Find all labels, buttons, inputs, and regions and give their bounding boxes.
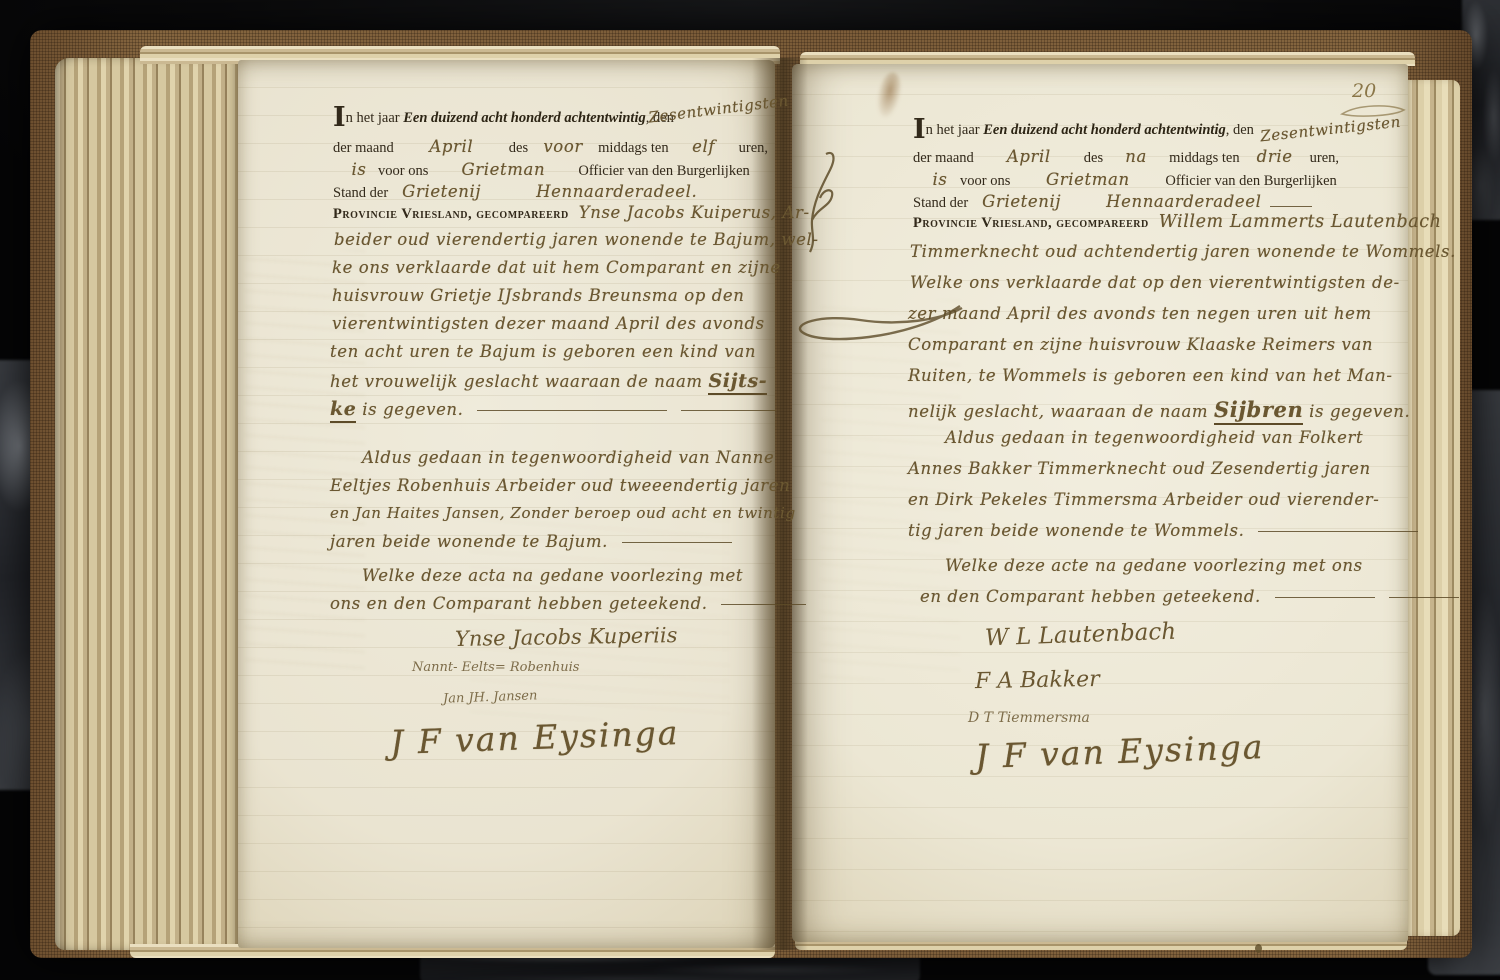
handwritten-hour: elf — [669, 137, 739, 156]
form-line-official: is voor ons Grietman Officier van den Bu… — [920, 170, 1337, 190]
body-line: Comparant en zijne huisvrouw Klaaske Rei… — [908, 335, 1373, 354]
ink-rule — [1258, 531, 1418, 532]
body-line: Welke ons verklaarde dat op den vierentw… — [910, 273, 1400, 292]
ink-rule — [622, 542, 732, 543]
printed-text: uren, — [739, 140, 768, 157]
body-text: tig jaren beide wonende te Wommels. — [908, 521, 1244, 540]
body-line: Eeltjes Robenhuis Arbeider oud tweeender… — [330, 476, 790, 495]
signature-witness-1: F A Bakker — [975, 667, 1100, 694]
handwritten-district-name: Hennaarderadeel — [1106, 192, 1261, 211]
form-line-comparant: Provincie Vriesland, gecompareerd Willem… — [913, 212, 1442, 232]
body-line: Annes Bakker Timmerknecht oud Zesenderti… — [908, 459, 1371, 478]
left-page-edge-stack — [55, 58, 240, 950]
printed-text: der maand — [913, 150, 974, 167]
body-text: het vrouwelijk geslacht waaraan de naam — [330, 372, 708, 391]
printed-year-phrase: Een duizend acht honderd achtentwintig — [403, 110, 646, 127]
ink-speck — [1255, 944, 1262, 953]
ink-rule — [681, 410, 776, 411]
printed-text: Stand der — [913, 195, 968, 212]
printed-text: n het jaar — [346, 110, 400, 126]
handwritten-month: April — [394, 137, 509, 156]
comparant-flourish-icon — [790, 298, 965, 348]
body-line: Ruiten, te Wommels is geboren een kind v… — [908, 366, 1393, 385]
printed-text: des — [1084, 150, 1103, 167]
form-line-opening: In het jaar Een duizend acht honderd ach… — [913, 120, 1401, 139]
page-number: 20 — [1352, 80, 1376, 102]
handwritten-district-type: Grietenij — [402, 182, 481, 201]
printed-text: Officier van den Burgerlijken — [1165, 173, 1336, 190]
page-number-swash-icon — [1338, 102, 1408, 120]
signature-witness-1: Nannt- Eelts= Robenhuis — [412, 660, 579, 675]
printed-text: , den — [1226, 122, 1254, 139]
body-line: ten acht uren te Bajum is geboren een ki… — [330, 342, 756, 361]
handwritten-comparant-name: Ynse Jacobs Kuiperus, Ar- — [579, 203, 810, 222]
margin-paraph-icon — [796, 148, 842, 256]
body-line: zer maand April des avonds ten negen ure… — [908, 304, 1372, 323]
signature-comparant: Ynse Jacobs Kuperiis — [455, 623, 678, 651]
page-number-value: 20 — [1352, 80, 1376, 102]
ink-rule — [1270, 206, 1312, 207]
printed-text: n het jaar — [926, 122, 980, 138]
ink-rule — [477, 410, 667, 411]
body-line: en Dirk Pekeles Timmersma Arbeider oud v… — [908, 490, 1379, 509]
body-line: tig jaren beide wonende te Wommels. — [908, 521, 1418, 540]
body-line-child-name: het vrouwelijk geslacht waaraan de naam … — [330, 370, 767, 392]
body-line-child-name-cont: ke is gegeven. — [330, 398, 776, 420]
printed-text: der maand — [333, 140, 394, 157]
printed-text: middags ten — [598, 140, 668, 157]
form-line-date: der maand April des voor middags ten elf… — [333, 137, 768, 157]
handwritten-official-title: Grietman — [1010, 170, 1165, 189]
body-text: ons en den Comparant hebben geteekend. — [330, 594, 708, 613]
right-page-edge-stack — [1406, 80, 1460, 936]
body-line: Timmerknecht oud achtendertig jaren wone… — [910, 242, 1456, 261]
form-line-district: Stand der Grietenij Hennaarderadeel. — [333, 182, 697, 202]
handwritten-official-title: Grietman — [428, 160, 578, 179]
body-line: Welke deze acta na gedane voorlezing met — [362, 566, 743, 585]
body-line: huisvrouw Grietje IJsbrands Breunsma op … — [332, 286, 745, 305]
child-name-underlined: Sijts- — [708, 370, 767, 395]
printed-text: Stand der — [333, 185, 388, 202]
form-line-date: der maand April des na middags ten drie … — [913, 147, 1339, 167]
printed-text: des — [509, 140, 528, 157]
printed-province: Provincie Vriesland, gecompareerd — [913, 215, 1149, 232]
handwritten-district-name: Hennaarderadeel. — [536, 182, 697, 201]
form-line-official: is voor ons Grietman Officier van den Bu… — [340, 160, 750, 180]
printed-year-phrase: Een duizend acht honderd achtentwintig — [983, 122, 1226, 139]
body-line: beider oud vierendertig jaren wonende te… — [334, 230, 819, 249]
body-text: en den Comparant hebben geteekend. — [920, 587, 1261, 606]
body-line: jaren beide wonende te Bajum. — [330, 532, 732, 551]
body-line: ke ons verklaarde dat uit hem Comparant … — [332, 258, 781, 277]
handwritten-hour: drie — [1240, 147, 1310, 166]
body-text: is gegeven. — [356, 400, 463, 419]
drop-cap: I — [333, 102, 346, 133]
body-line: ons en den Comparant hebben geteekend. — [330, 594, 806, 613]
ink-rule — [1275, 597, 1375, 598]
form-line-comparant: Provincie Vriesland, gecompareerd Ynse J… — [333, 203, 810, 223]
body-line-child-name: nelijk geslacht, waaraan de naam Sijbren… — [908, 397, 1410, 422]
drop-cap: I — [913, 114, 926, 145]
body-line: en den Comparant hebben geteekend. — [920, 587, 1459, 606]
body-line: vierentwintigsten dezer maand April des … — [332, 314, 765, 333]
ink-rule — [1389, 597, 1459, 598]
handwritten-is: is — [920, 170, 960, 189]
printed-text: voor ons — [378, 163, 428, 180]
printed-text: uren, — [1310, 150, 1339, 167]
body-text: is gegeven. — [1303, 402, 1410, 421]
body-line: Aldus gedaan in tegenwoordigheid van Nan… — [362, 448, 774, 467]
handwritten-district-type: Grietenij — [982, 192, 1061, 211]
handwritten-month: April — [974, 147, 1084, 166]
photo-of-register-book: In het jaar Een duizend acht honderd ach… — [0, 0, 1500, 980]
printed-text: Officier van den Burgerlijken — [578, 163, 749, 180]
printed-text: voor ons — [960, 173, 1010, 190]
form-line-opening: In het jaar Een duizend acht honderd ach… — [333, 110, 674, 127]
body-line: en Jan Haites Jansen, Zonder beroep oud … — [330, 504, 796, 522]
form-line-district: Stand der Grietenij Hennaarderadeel — [913, 192, 1312, 212]
ink-rule — [721, 604, 806, 605]
child-name-underlined: Sijbren — [1214, 397, 1303, 425]
body-text: nelijk geslacht, waaraan de naam — [908, 402, 1214, 421]
printed-text: middags ten — [1169, 150, 1239, 167]
handwritten-daypart: na — [1103, 147, 1169, 166]
handwritten-daypart: voor — [528, 137, 598, 156]
body-text: jaren beide wonende te Bajum. — [330, 532, 608, 551]
handwritten-is: is — [340, 160, 378, 179]
body-line: Aldus gedaan in tegenwoordigheid van Fol… — [945, 428, 1363, 447]
signature-witness-2: D T Tiemmersma — [968, 710, 1090, 726]
handwritten-comparant-name: Willem Lammerts Lautenbach — [1159, 212, 1442, 232]
body-line: Welke deze acte na gedane voorlezing met… — [945, 556, 1363, 575]
child-name-underlined: ke — [330, 398, 356, 423]
printed-province: Provincie Vriesland, gecompareerd — [333, 206, 569, 223]
